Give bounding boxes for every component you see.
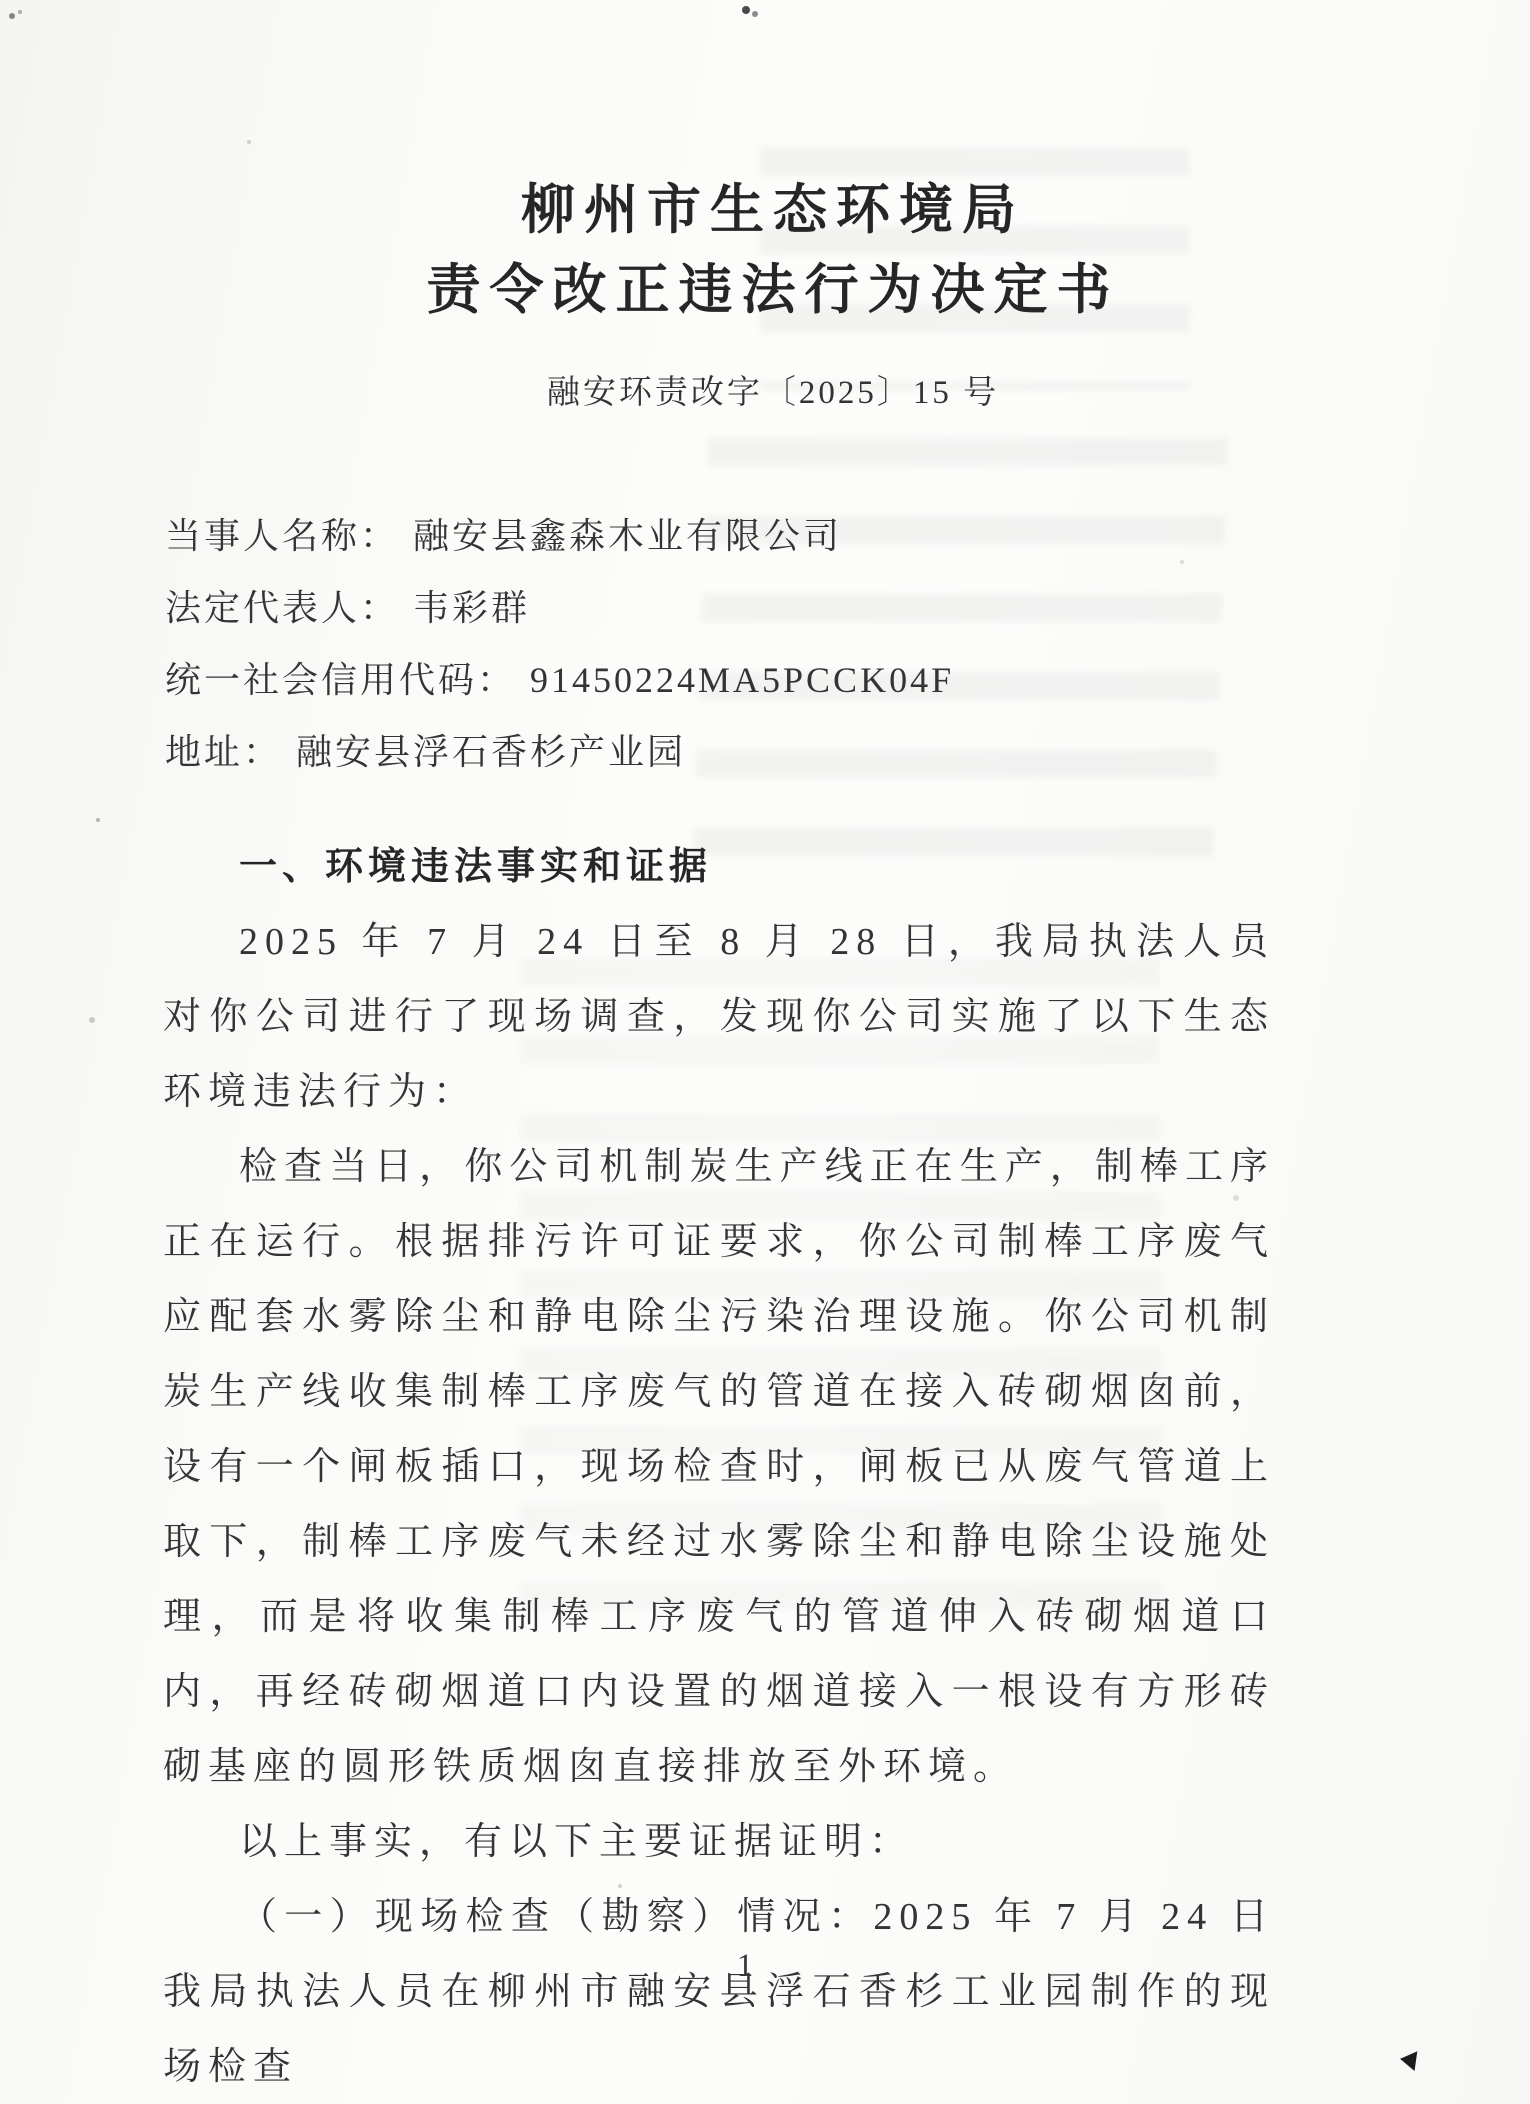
- scan-corner-mark: [1399, 2049, 1418, 2071]
- document-number: 融安环责改字〔2025〕15 号: [8, 366, 1530, 413]
- credit-code-row: 统一社会信用代码：91450224MA5PCCK04F: [165, 644, 1277, 716]
- scan-specks: [0, 0, 4, 4]
- credit-code-label: 统一社会信用代码：: [165, 660, 516, 700]
- document-body: 一、环境违法事实和证据 2025 年 7 月 24 日至 8 月 28 日，我局…: [163, 830, 1275, 2104]
- address-label: 地址：: [165, 732, 282, 772]
- page-number: 1: [0, 1948, 1510, 1985]
- paragraph-onsite-inspection: （一）现场检查（勘察）情况：2025 年 7 月 24 日我局执法人员在柳州市融…: [163, 1880, 1275, 2104]
- paragraph-investigation-period: 2025 年 7 月 24 日至 8 月 28 日，我局执法人员对你公司进行了现…: [163, 905, 1275, 1130]
- address-value: 融安县浮石香杉产业园: [296, 732, 686, 772]
- party-name-value: 融安县鑫森木业有限公司: [413, 516, 842, 556]
- scanned-document-page: 柳州市生态环境局 责令改正违法行为决定书 融安环责改字〔2025〕15 号 当事…: [0, 0, 1530, 2104]
- document-title-line1: 柳州市生态环境局: [8, 170, 1530, 250]
- party-name-row: 当事人名称：融安县鑫森木业有限公司: [165, 500, 1277, 572]
- document-title-line2: 责令改正违法行为决定书: [8, 250, 1530, 330]
- legal-representative-value: 韦彩群: [413, 588, 530, 628]
- legal-representative-label: 法定代表人：: [165, 588, 399, 628]
- party-name-label: 当事人名称：: [165, 516, 399, 556]
- section-heading-facts-and-evidence: 一、环境违法事实和证据: [163, 830, 1275, 905]
- party-info-block: 当事人名称：融安县鑫森木业有限公司 法定代表人：韦彩群 统一社会信用代码：914…: [165, 500, 1277, 788]
- paragraph-evidence-intro: 以上事实，有以下主要证据证明：: [163, 1805, 1275, 1880]
- paragraph-inspection-findings: 检查当日，你公司机制炭生产线正在生产，制棒工序正在运行。根据排污许可证要求，你公…: [163, 1130, 1275, 1805]
- credit-code-value: 91450224MA5PCCK04F: [530, 660, 954, 700]
- legal-representative-row: 法定代表人：韦彩群: [165, 572, 1277, 644]
- document-title: 柳州市生态环境局 责令改正违法行为决定书: [8, 170, 1530, 330]
- address-row: 地址：融安县浮石香杉产业园: [165, 716, 1277, 788]
